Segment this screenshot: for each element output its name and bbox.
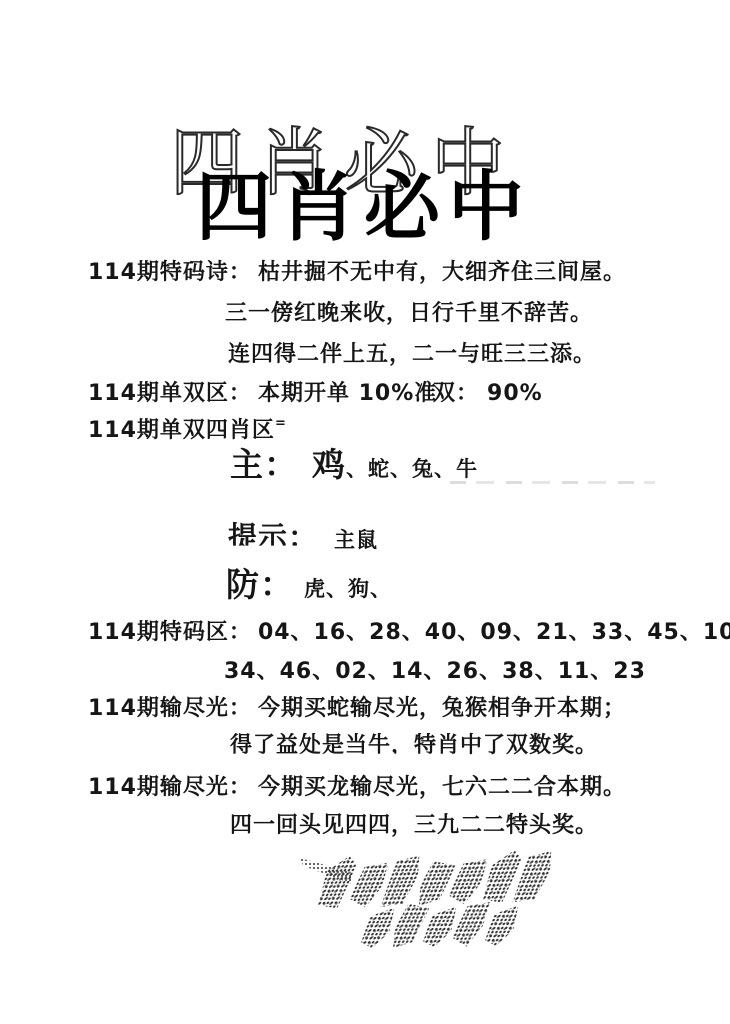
even-value-group: 双：90% xyxy=(433,381,543,406)
special-numbers-label: 114期特码区： xyxy=(88,620,252,645)
guard-label: 防： xyxy=(226,566,294,604)
shujin2-line-2: 四一回头见四四，三九二二特头奖。 xyxy=(230,813,598,838)
main-label: 主： xyxy=(230,446,298,484)
special-numbers-line-2: 34、46、02、14、26、38、11、23 xyxy=(224,659,646,684)
main-picks-line: 主： 鸡 、蛇、兔、牛 xyxy=(230,446,478,484)
stamp-blob xyxy=(357,908,400,949)
lottery-tip-sheet: 四肖必中 四肖必中 114期特码诗：枯井掘不无中有，大细齐住三间屋。 三一傍红晚… xyxy=(0,0,730,1024)
four-zodiac-sup-mark: = xyxy=(275,416,286,431)
poem-label: 114期特码诗： xyxy=(88,260,252,285)
shujin1-line-2: 得了益处是当牛，特肖中了双数奖。 xyxy=(230,733,598,758)
guard-value: 虎、狗、 xyxy=(304,577,392,601)
main-pick-rest: 、蛇、兔、牛 xyxy=(346,457,478,481)
shujin2-line-1: 114期输尽光：今期买龙输尽光，七六二二合本期。 xyxy=(88,775,626,800)
odd-even-text: 本期开单 10%准 xyxy=(258,381,437,406)
scan-artifact-line xyxy=(450,481,655,484)
poem-line-1: 114期特码诗：枯井掘不无中有，大细齐住三间屋。 xyxy=(88,260,626,285)
odd-even-label: 114期单双区： xyxy=(88,381,252,406)
even-value: 90% xyxy=(487,381,543,406)
page-title: 四肖必中 xyxy=(196,146,532,255)
shujin1-text-2b: 中了双数奖。 xyxy=(460,733,598,758)
poem-text-1: 枯井掘不无中有，大细齐住三间屋。 xyxy=(258,260,626,285)
hint-line: 提示： 主鼠 xyxy=(228,521,378,554)
shujin1-label: 114期输尽光： xyxy=(88,696,252,721)
even-label: 双： xyxy=(433,381,479,406)
hint-label: 提示： xyxy=(228,521,318,554)
stamp-blob xyxy=(412,860,458,906)
shujin2-text-1: 今期买龙输尽光，七六二二合本期。 xyxy=(258,775,626,800)
shujin1-line-1: 114期输尽光：今期买蛇输尽光，兔猴相争开本期； xyxy=(88,696,626,721)
special-numbers-line-1: 114期特码区：04、16、28、40、09、21、33、45、10、22、 xyxy=(88,620,730,645)
stamp-blob xyxy=(378,855,426,907)
hint-value: 主鼠 xyxy=(334,528,378,552)
shujin1-text-2a: 得了益处是当牛，特肖 xyxy=(230,733,460,758)
guard-line: 防： 虎、狗、 xyxy=(226,566,392,604)
illegible-stamp-line-2 xyxy=(365,900,521,949)
shujin1-text-1: 今期买蛇输尽光，兔猴相争开本期； xyxy=(258,696,626,721)
special-numbers-text-1: 04、16、28、40、09、21、33、45、10、22、 xyxy=(258,620,730,645)
odd-even-line: 114期单双区：本期开单 10%准 双：90% xyxy=(88,381,648,406)
poem-line-2: 三一傍红晚来收，日行千里不辞苦。 xyxy=(225,301,593,326)
four-zodiac-label: 114期单双四肖区 xyxy=(88,418,275,443)
poem-line-3: 连四得二伴上五，二一与旺三三添。 xyxy=(228,342,596,367)
main-pick-first: 鸡 xyxy=(312,446,346,484)
four-zodiac-header: 114期单双四肖区= xyxy=(88,417,286,443)
shujin2-label: 114期输尽光： xyxy=(88,775,252,800)
